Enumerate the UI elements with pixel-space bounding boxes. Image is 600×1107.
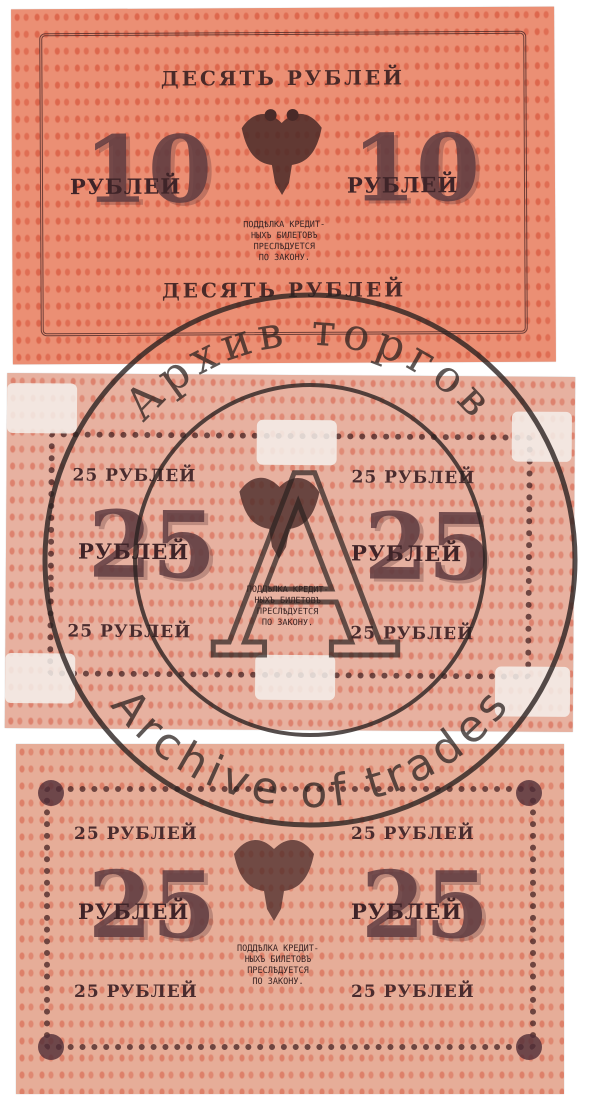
label-bottom-right: 25 РУБЛЕЙ <box>351 982 475 1002</box>
banknote-25-rubles-1: 25 РУБЛЕЙ 25 РУБЛЕЙ 25 25 РУБЛЕЙ РУБЛЕЙ … <box>5 373 575 732</box>
denomination-right: 10 <box>352 122 481 215</box>
label-bottom-left: 25 РУБЛЕЙ <box>74 982 198 1002</box>
label-top-left: 25 РУБЛЕЙ <box>72 465 196 486</box>
title-top: ДЕСЯТЬ РУБЛЕЙ <box>11 65 554 92</box>
corner-rosette <box>38 780 64 806</box>
label-top-left: 25 РУБЛЕЙ <box>74 824 198 844</box>
tape-patch <box>5 653 75 703</box>
label-bottom-left: 25 РУБЛЕЙ <box>67 621 191 642</box>
label-bottom-right: 25 РУБЛЕЙ <box>350 623 474 644</box>
denomination-left: 10 <box>84 123 213 216</box>
overlay-word-left: РУБЛЕЙ <box>78 899 189 924</box>
overlay-word-right: РУБЛЕЙ <box>347 172 458 198</box>
banknote-10-rubles: ДЕСЯТЬ РУБЛЕЙ 10 10 РУБЛЕЙ РУБЛЕЙ ПОДДѢЛ… <box>11 7 556 365</box>
eagle-icon <box>229 829 319 925</box>
corner-rosette <box>516 1034 542 1060</box>
tape-patch <box>495 666 570 717</box>
corner-rosette <box>516 780 542 806</box>
overlay-word-right: РУБЛЕЙ <box>351 540 462 566</box>
eagle-icon <box>234 467 325 564</box>
corner-rosette <box>38 1034 64 1060</box>
overlay-word-left: РУБЛЕЙ <box>78 539 189 565</box>
banknote-25-rubles-2: 25 РУБЛЕЙ 25 РУБЛЕЙ 25 25 РУБЛЕЙ РУБЛЕЙ … <box>16 744 564 1094</box>
label-top-right: 25 РУБЛЕЙ <box>351 467 475 488</box>
counterfeit-warning: ПОДДѢЛКА КРЕДИТ- НЫХЪ БИЛЕТОВЪ ПРЕСЛѢДУЕ… <box>218 944 338 988</box>
tape-patch <box>512 412 572 462</box>
tape-patch <box>7 383 77 433</box>
double-headed-eagle-icon <box>237 103 328 199</box>
counterfeit-warning: ПОДДѢЛКА КРЕДИТ- НЫХЪ БИЛЕТОВЪ ПРЕСЛѢДУЕ… <box>227 585 347 630</box>
overlay-word-left: РУБЛЕЙ <box>70 174 181 200</box>
counterfeit-warning: ПОДДѢЛКА КРЕДИТ- НЫХЪ БИЛЕТОВЪ ПРЕСЛѢДУЕ… <box>224 220 344 265</box>
tape-patch <box>255 655 335 701</box>
overlay-word-right: РУБЛЕЙ <box>351 899 462 924</box>
label-top-right: 25 РУБЛЕЙ <box>351 824 475 844</box>
title-bottom: ДЕСЯТЬ РУБЛЕЙ <box>12 277 555 304</box>
tape-patch <box>257 420 337 466</box>
